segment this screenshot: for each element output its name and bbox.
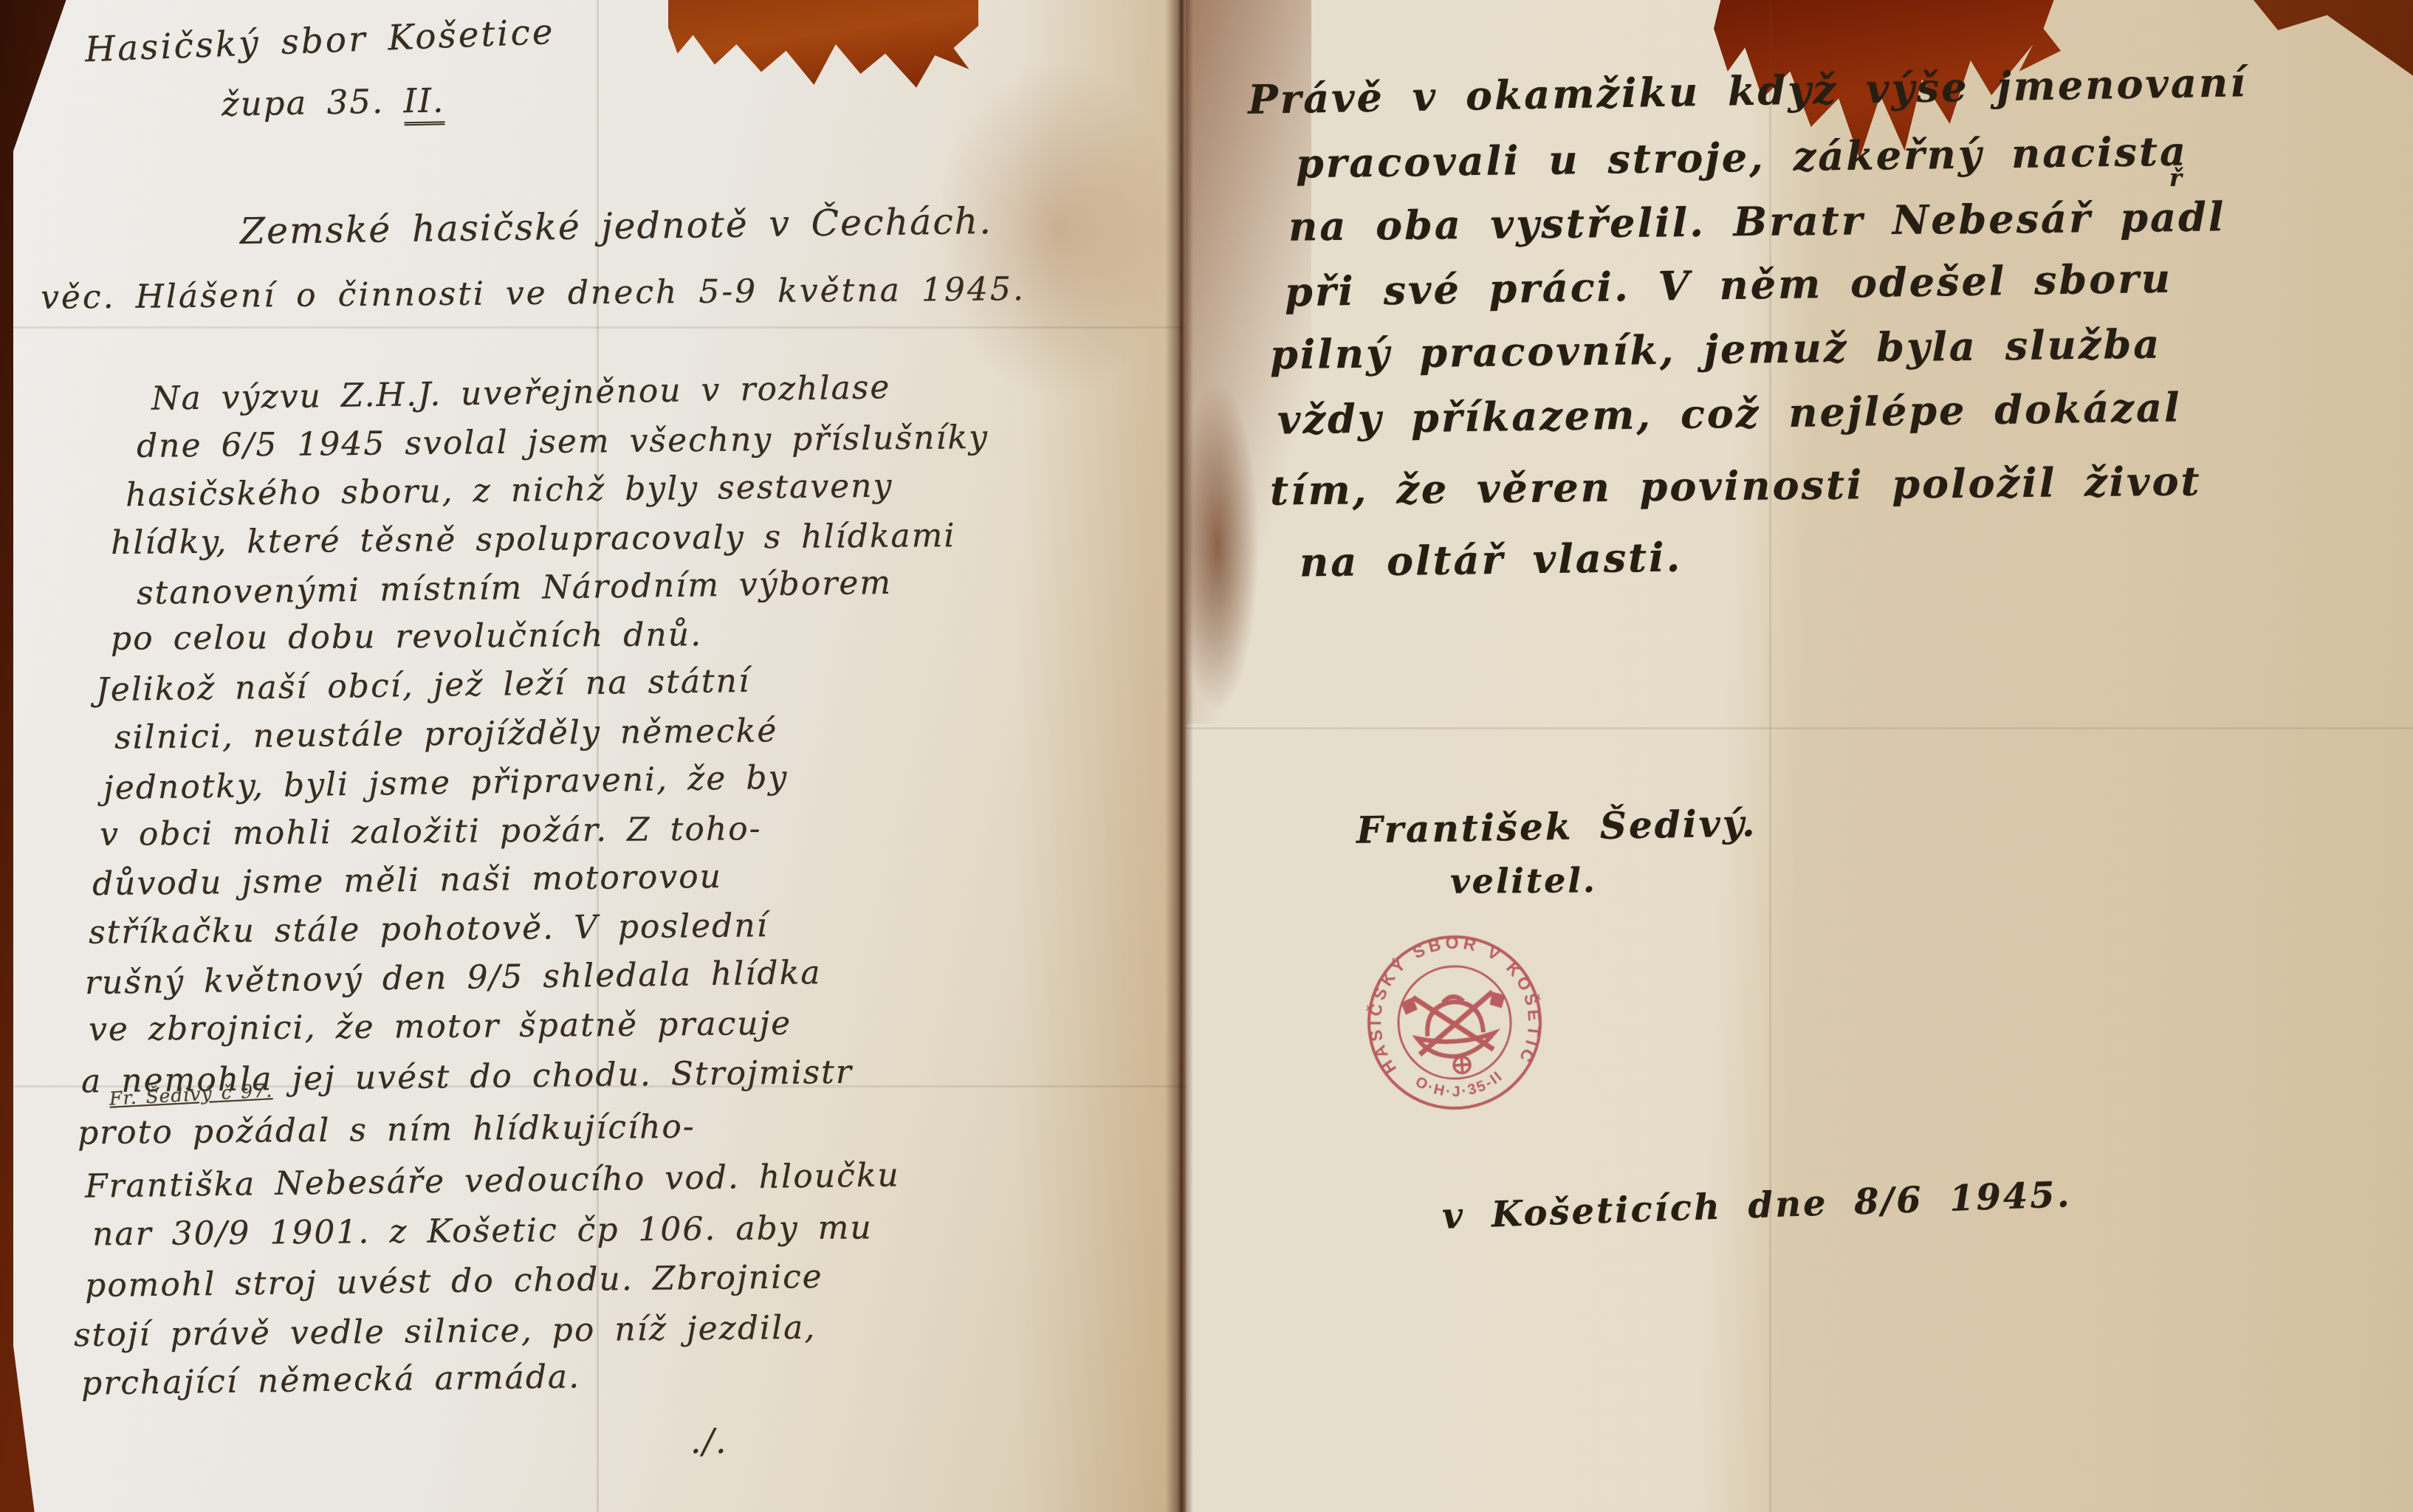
body-line: proto požádal s ním hlídkujícího- bbox=[78, 1108, 696, 1152]
right-page: Právě v okamžiku když výše jmenovaní pra… bbox=[1186, 0, 2413, 1512]
body-line: vždy příkazem, což nejlépe dokázal bbox=[1277, 383, 2182, 443]
body-line: v obci mohli založiti požár. Z toho- bbox=[100, 810, 762, 853]
body-line: dne 6/5 1945 svolal jsem všechny přísluš… bbox=[137, 419, 989, 465]
body-line: nar 30/9 1901. z Košetic čp 106. aby mu bbox=[92, 1209, 873, 1253]
subject-line: věc. Hlášení o činnosti ve dnech 5-9 kvě… bbox=[41, 270, 1026, 317]
body-line: pilný pracovník, jemuž byla služba bbox=[1270, 320, 2162, 379]
body-line: Právě v okamžiku když výše jmenovaní bbox=[1248, 58, 2248, 123]
body-line: na oltář vlasti. bbox=[1300, 533, 1683, 585]
body-line: Františka Nebesáře vedoucího vod. hloučk… bbox=[85, 1156, 900, 1205]
letterhead-unit-name: Hasičský sbor Košetice bbox=[84, 12, 555, 70]
page-continuation-mark: ./. bbox=[690, 1421, 728, 1461]
inserted-letter: ř bbox=[2169, 164, 2184, 192]
dateline: v Košeticích dne 8/6 1945. bbox=[1441, 1174, 2072, 1237]
body-line: pomohl stroj uvést do chodu. Zbrojnice bbox=[85, 1258, 823, 1305]
body-line: Jelikož naší obcí, jež leží na státní bbox=[96, 662, 751, 709]
body-line: stříkačku stále pohotově. V poslední bbox=[89, 907, 769, 952]
scorched-stain bbox=[1177, 384, 1258, 709]
fold-crease bbox=[1186, 727, 2413, 729]
signature-role: velitel. bbox=[1450, 860, 1597, 901]
signature-name: František Šedivý. bbox=[1356, 801, 1757, 851]
body-line: hlídky, které těsně spolupracovaly s hlí… bbox=[111, 517, 956, 562]
body-line: hasičského sboru, z nichž byly sestaveny bbox=[126, 467, 893, 515]
body-line: ve zbrojnici, že motor špatně pracuje bbox=[89, 1005, 792, 1048]
salutation-line: Zemské hasičské jednotě v Čechách. bbox=[240, 200, 992, 252]
body-line: na oba vystřelil. Bratr Nebesář padl bbox=[1288, 193, 2226, 250]
photo-of-document-on-wooden-table: Hasičský sbor Košetice župa 35. II. Zems… bbox=[0, 0, 2413, 1512]
body-line: stojí právě vedle silnice, po níž jezdil… bbox=[74, 1309, 817, 1355]
paper-stain bbox=[1017, 0, 1187, 1512]
wheel-icon bbox=[1453, 1056, 1470, 1073]
body-line: prchající německá armáda. bbox=[81, 1358, 581, 1402]
body-line: po celou dobu revolučních dnů. bbox=[111, 616, 702, 658]
stamp-graphic: HASIČSKÝ SBOR V KOŠETICÍCH O·H·J·35-II bbox=[1345, 913, 1565, 1133]
body-line: Na výzvu Z.H.J. uveřejněnou v rozhlase bbox=[151, 368, 891, 418]
body-line: stanovenými místním Národním výborem bbox=[137, 564, 893, 612]
body-line: tím, že věren povinosti položil život bbox=[1270, 457, 2202, 514]
body-line: důvodu jsme měli naši motorovou bbox=[92, 858, 723, 903]
fire-brigade-stamp: HASIČSKÝ SBOR V KOŠETICÍCH O·H·J·35-II bbox=[1345, 913, 1565, 1133]
body-line: silnici, neustále projížděly německé bbox=[114, 712, 778, 756]
fold-crease bbox=[13, 326, 1187, 329]
district-roman-numeral: II. bbox=[403, 80, 445, 126]
body-line: jednotky, byli jsme připraveni, že by bbox=[103, 759, 789, 808]
body-line: rušný květnový den 9/5 shledala hlídka bbox=[85, 954, 822, 1002]
left-page: Hasičský sbor Košetice župa 35. II. Zems… bbox=[13, 0, 1187, 1512]
burn-mark-top bbox=[668, 0, 978, 92]
body-line: při své práci. V něm odešel sboru bbox=[1285, 255, 2173, 316]
letterhead-district: župa 35. II. bbox=[222, 80, 445, 123]
body-line: pracovali u stroje, zákeřný nacista bbox=[1296, 128, 2189, 188]
district-label: župa 35. bbox=[222, 82, 385, 124]
